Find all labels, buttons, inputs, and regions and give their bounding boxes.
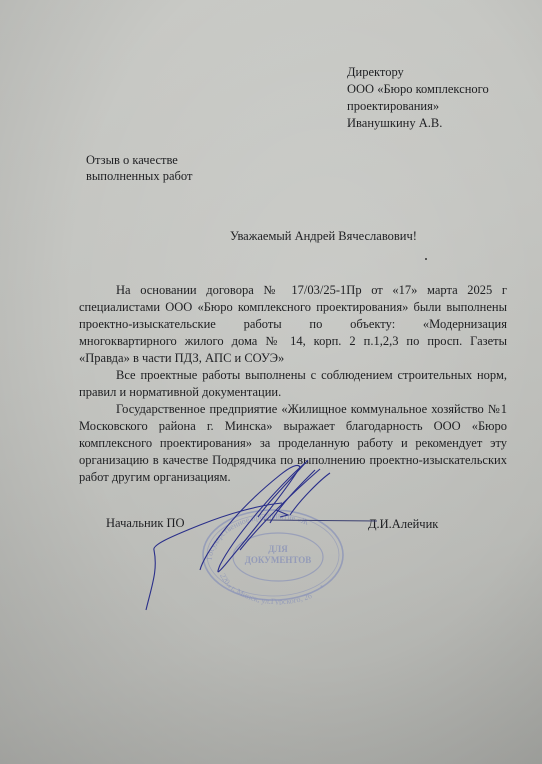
signature-icon xyxy=(140,455,380,635)
addressee-name: Иванушкину А.В. xyxy=(347,115,489,132)
subject-line-1: Отзыв о качестве xyxy=(86,152,192,168)
paragraph-contract: На основании договора № 17/03/25-1Пр от … xyxy=(79,282,507,367)
salutation: Уважаемый Андрей Вячеславович! xyxy=(230,229,417,244)
paragraph-compliance: Все проектные работы выполнены с соблюде… xyxy=(79,367,507,401)
subject-block: Отзыв о качестве выполненных работ xyxy=(86,152,192,184)
addressee-position: Директору xyxy=(347,64,489,81)
addressee-company: ООО «Бюро комплексного xyxy=(347,81,489,98)
handwritten-signature xyxy=(140,455,380,635)
speck xyxy=(425,258,427,260)
subject-line-2: выполненных работ xyxy=(86,168,192,184)
addressee-block: Директору ООО «Бюро комплексного проекти… xyxy=(347,64,489,132)
addressee-company-cont: проектирования» xyxy=(347,98,489,115)
